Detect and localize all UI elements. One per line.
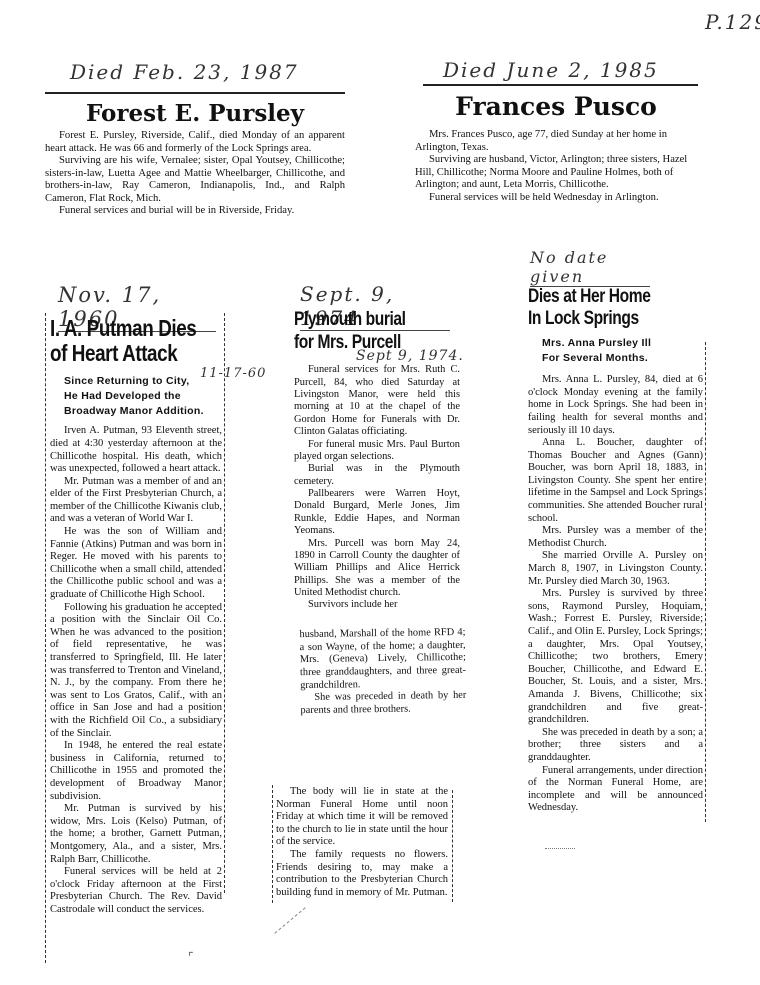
paragraph: She was preceded in death by her parents…	[300, 690, 466, 718]
subhead-line: Broadway Manor Addition.	[64, 404, 222, 419]
paragraph: She married Orville A. Pursley on March …	[528, 550, 703, 588]
paragraph: Funeral services and burial will be in R…	[45, 205, 345, 218]
subhead-line: For Several Months.	[542, 351, 703, 366]
paragraph: Mr. Putman is survived by his widow, Mrs…	[50, 803, 222, 866]
clipping-purcell: Plymouth burial for Mrs. Purcell Sept 9,…	[294, 308, 460, 717]
paragraph: Mr. Putman was a member of and an elder …	[50, 476, 222, 526]
subhead-line: He Had Developed the	[64, 389, 222, 404]
paragraph: Anna L. Boucher, daughter of Thomas Bouc…	[528, 437, 703, 525]
paragraph: Forest E. Pursley, Riverside, Calif., di…	[45, 130, 345, 155]
scan-artifact	[545, 848, 575, 849]
subhead-line: Mrs. Anna Pursley Ill	[542, 336, 703, 351]
handwritten-date: No date given	[530, 248, 650, 287]
obituary-body: Funeral services for Mrs. Ruth C. Purcel…	[294, 364, 460, 612]
clipping-border-left	[272, 785, 273, 903]
scan-artifact: ⌜	[188, 950, 194, 964]
clipping-border-right	[705, 342, 706, 822]
paragraph: The body will lie in state at the Norman…	[276, 786, 448, 849]
paragraph: In 1948, he entered the real estate busi…	[50, 740, 222, 803]
subheadline: Mrs. Anna Pursley Ill For Several Months…	[528, 336, 703, 366]
clipping-frances-pusco: Died June 2, 1985 Frances Pusco Mrs. Fra…	[415, 58, 697, 204]
subhead-line: Since Returning to City,	[64, 374, 222, 389]
clipping-anna-pursley: Dies at Her Home In Lock Springs Mrs. An…	[528, 286, 703, 815]
scan-artifact	[274, 907, 305, 933]
headline-line: of Heart Attack	[50, 341, 222, 366]
paragraph: Mrs. Frances Pusco, age 77, died Sunday …	[415, 129, 697, 154]
paragraph: For funeral music Mrs. Paul Burton playe…	[294, 439, 460, 464]
handwritten-date: Died Feb. 23, 1987	[45, 60, 345, 94]
clipping-putman-continued: The body will lie in state at the Norman…	[276, 786, 448, 899]
paragraph: Pallbearers were Warren Hoyt, Donald Bur…	[294, 488, 460, 538]
obituary-headline: Frances Pusco	[415, 92, 697, 121]
handwritten-date: 11-17-60	[200, 366, 266, 381]
paragraph: Irven A. Putman, 93 Eleventh street, die…	[50, 425, 222, 475]
paragraph: The family requests no flowers. Friends …	[276, 849, 448, 899]
clipping-border-right	[452, 790, 453, 902]
headline-line: I. A. Putman Dies	[50, 316, 222, 341]
obituary-body: Mrs. Frances Pusco, age 77, died Sunday …	[415, 129, 697, 204]
headline-line: Plymouth burial	[294, 308, 458, 331]
obituary-body: Forest E. Pursley, Riverside, Calif., di…	[45, 130, 345, 218]
paragraph: Mrs. Anna L. Pursley, 84, died at 6 o'cl…	[528, 374, 703, 437]
clipping-forest-pursley: Died Feb. 23, 1987 Forest E. Pursley For…	[45, 60, 345, 218]
obituary-body: Irven A. Putman, 93 Eleventh street, die…	[50, 425, 222, 916]
subheadline: Since Returning to City, He Had Develope…	[50, 374, 222, 420]
paragraph: husband, Marshall of the home RFD 4; a s…	[299, 627, 466, 693]
paragraph: Mrs. Pursley was a member of the Methodi…	[528, 525, 703, 550]
headline-line: In Lock Springs	[528, 308, 700, 330]
page-number: P.129	[705, 10, 760, 34]
obituary-headline: Dies at Her Home In Lock Springs	[528, 286, 700, 330]
paragraph: He was the son of William and Fannie (At…	[50, 526, 222, 602]
paragraph: Funeral services for Mrs. Ruth C. Purcel…	[294, 364, 460, 438]
paragraph: Following his graduation he accepted a p…	[50, 602, 222, 741]
obituary-headline: I. A. Putman Dies of Heart Attack	[50, 316, 222, 366]
paragraph: Burial was in the Plymouth cemetery.	[294, 463, 460, 488]
paragraph: Surviving are his wife, Vernalee; sister…	[45, 155, 345, 205]
clipping-border-left	[45, 313, 46, 963]
paragraph: Mrs. Pursley is survived by three sons, …	[528, 588, 703, 727]
obituary-headline: Forest E. Pursley	[45, 100, 345, 127]
paragraph: Survivors include her	[294, 599, 460, 611]
obituary-body: The body will lie in state at the Norman…	[276, 786, 448, 899]
clipping-border-right	[224, 313, 225, 893]
paragraph: Funeral services will be held Wednesday …	[415, 192, 697, 205]
paragraph: Funeral arrangements, under direction of…	[528, 765, 703, 815]
paragraph: She was preceded in death by a son; a br…	[528, 727, 703, 765]
headline-line: Dies at Her Home	[528, 286, 700, 308]
paragraph: Mrs. Purcell was born May 24, 1890 in Ca…	[294, 538, 460, 600]
paragraph: Surviving are husband, Victor, Arlington…	[415, 154, 697, 192]
clipping-putman: I. A. Putman Dies of Heart Attack 11-17-…	[50, 316, 222, 916]
handwritten-date: Sept 9, 1974.	[356, 348, 464, 364]
handwritten-date: Died June 2, 1985	[423, 58, 698, 86]
paragraph: Funeral services will be held at 2 o'clo…	[50, 866, 222, 916]
obituary-body-continued: husband, Marshall of the home RFD 4; a s…	[293, 627, 466, 718]
obituary-body: Mrs. Anna L. Pursley, 84, died at 6 o'cl…	[528, 374, 703, 815]
